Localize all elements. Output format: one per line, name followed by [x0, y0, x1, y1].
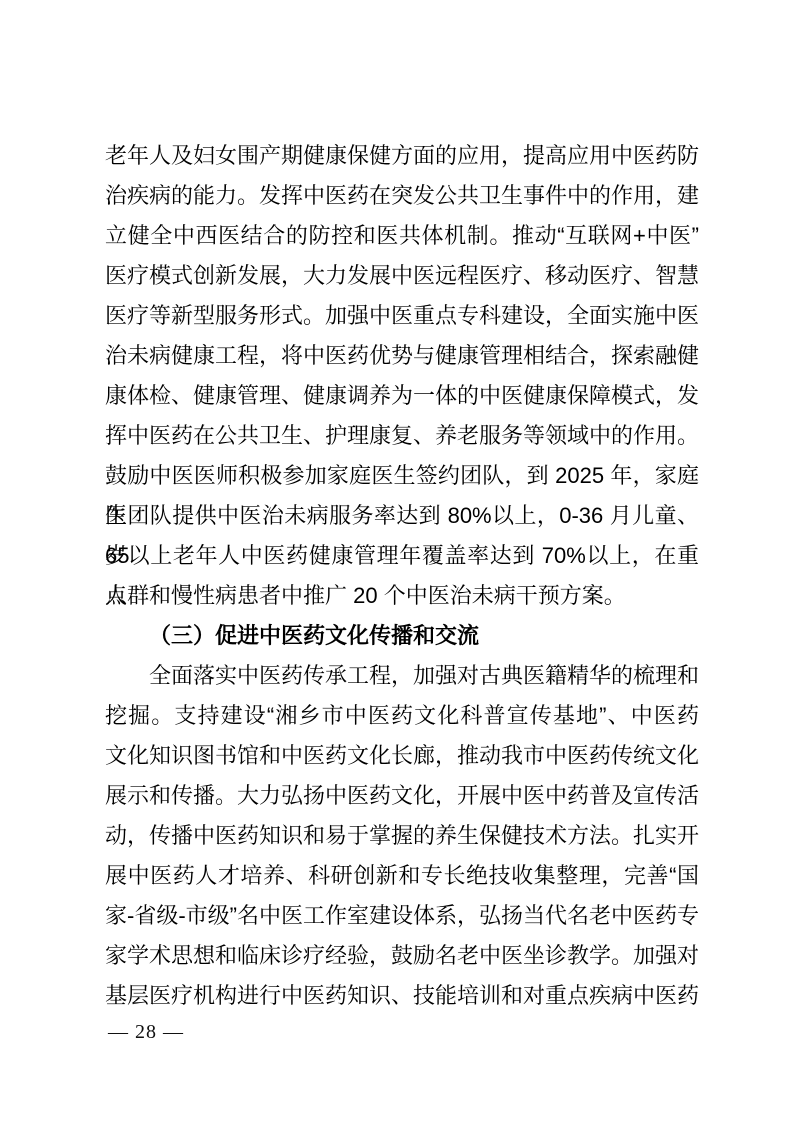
text-line: 基层医疗机构进行中医药知识、技能培训和对重点疾病中医药: [105, 976, 699, 1016]
text-line: 立健全中西医结合的防控和医共体机制。推动“互联网+中医”: [105, 216, 699, 256]
text-line: 治未病健康工程，将中医药优势与健康管理相结合，探索融健: [105, 336, 699, 376]
text-line: 鼓励中医医师积极参加家庭医生签约团队，到 2025 年，家庭医: [105, 456, 699, 496]
document-page: 老年人及妇女围产期健康保健方面的应用，提高应用中医药防治疾病的能力。发挥中医药在…: [0, 0, 793, 1122]
heading-line: （三）促进中医药文化传播和交流: [105, 616, 699, 656]
document-body: 老年人及妇女围产期健康保健方面的应用，提高应用中医药防治疾病的能力。发挥中医药在…: [105, 136, 699, 1016]
text-line: 岁以上老年人中医药健康管理年覆盖率达到 70%以上，在重点: [105, 536, 699, 576]
text-line: 全面落实中医药传承工程，加强对古典医籍精华的梳理和: [105, 656, 699, 696]
page-number: — 28 —: [108, 1021, 184, 1043]
text-line: 挖掘。支持建设“湘乡市中医药文化科普宣传基地”、中医药: [105, 696, 699, 736]
text-line: 动，传播中医药知识和易于掌握的养生保健技术方法。扎实开: [105, 816, 699, 856]
text-line: 人群和慢性病患者中推广 20 个中医治未病干预方案。: [105, 576, 699, 616]
text-line: 治疾病的能力。发挥中医药在突发公共卫生事件中的作用，建: [105, 176, 699, 216]
text-line: 文化知识图书馆和中医药文化长廊，推动我市中医药传统文化: [105, 736, 699, 776]
text-line: 老年人及妇女围产期健康保健方面的应用，提高应用中医药防: [105, 136, 699, 176]
paragraph: 全面落实中医药传承工程，加强对古典医籍精华的梳理和挖掘。支持建设“湘乡市中医药文…: [105, 656, 699, 1016]
text-line: 展示和传播。大力弘扬中医药文化，开展中医中药普及宣传活: [105, 776, 699, 816]
text-line: 家学术思想和临床诊疗经验，鼓励名老中医坐诊教学。加强对: [105, 936, 699, 976]
text-line: 康体检、健康管理、健康调养为一体的中医健康保障模式，发: [105, 376, 699, 416]
page-footer: — 28 —: [108, 1018, 184, 1046]
text-line: 生团队提供中医治未病服务率达到 80%以上，0-36 月儿童、65: [105, 496, 699, 536]
text-line: 医疗模式创新发展，大力发展中医远程医疗、移动医疗、智慧: [105, 256, 699, 296]
text-line: 展中医药人才培养、科研创新和专长绝技收集整理，完善“国: [105, 856, 699, 896]
text-line: 家-省级-市级”名中医工作室建设体系，弘扬当代名老中医药专: [105, 896, 699, 936]
text-line: 挥中医药在公共卫生、护理康复、养老服务等领域中的作用。: [105, 416, 699, 456]
section-heading: （三）促进中医药文化传播和交流: [105, 616, 699, 656]
text-line: 医疗等新型服务形式。加强中医重点专科建设，全面实施中医: [105, 296, 699, 336]
paragraph: 老年人及妇女围产期健康保健方面的应用，提高应用中医药防治疾病的能力。发挥中医药在…: [105, 136, 699, 616]
